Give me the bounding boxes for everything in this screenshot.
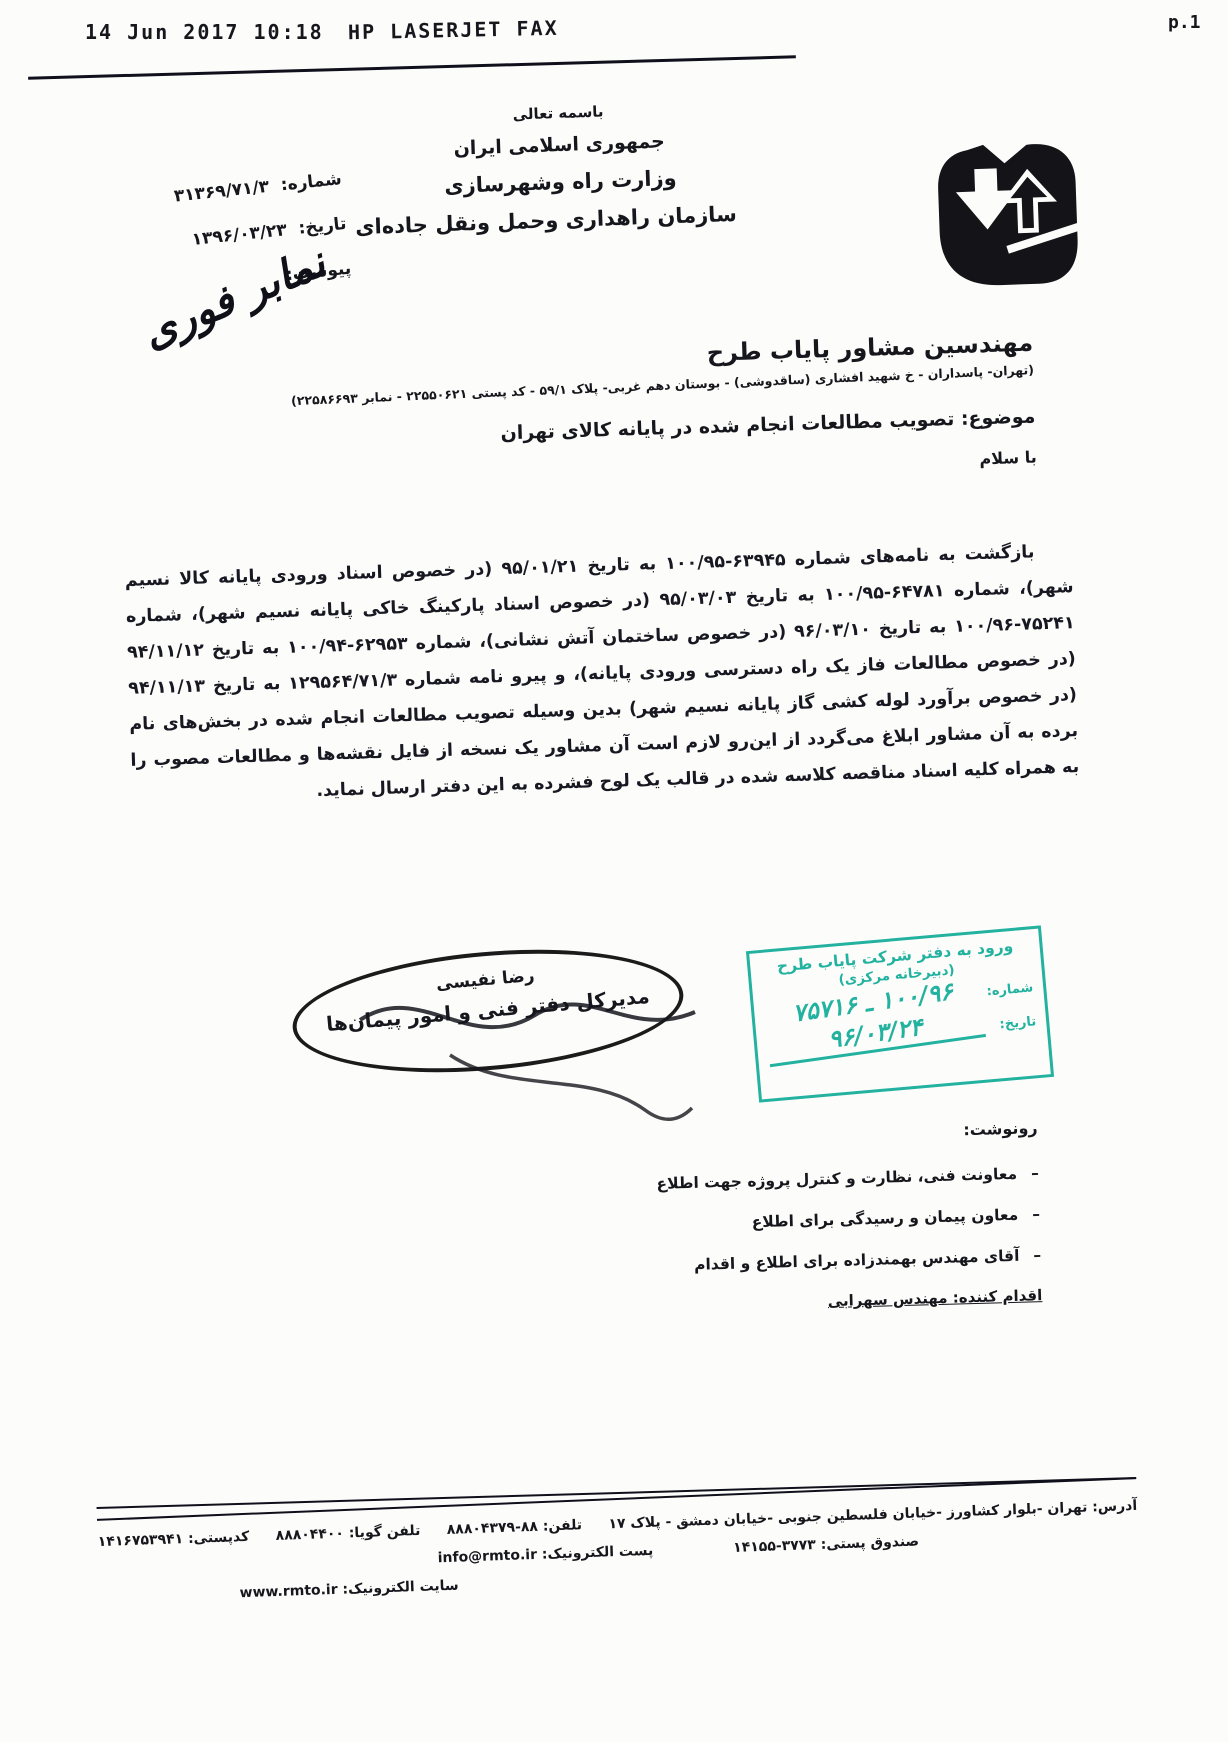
entry-stamp-number-label: شماره: (981, 980, 1034, 999)
letter-number-value: ۳۱۳۶۹/۷۱/۳ (173, 177, 270, 207)
dash-marker (1031, 1153, 1040, 1194)
subject-line: موضوع: تصویب مطالعات انجام شده در پایانه… (180, 406, 1035, 455)
fax-header-rule (28, 55, 796, 79)
dash-marker (1032, 1194, 1041, 1235)
footer-po-box: صندوق پستی: ۳۷۷۳-۱۴۱۵۵ (733, 1533, 919, 1555)
cc-header: رونوشت: (478, 1118, 1038, 1153)
rmto-logo-icon (919, 133, 1097, 303)
letterhead-ministry: وزارت راه وشهرسازی (385, 164, 736, 200)
letter-body-paragraph: بازگشت به نامه‌های شماره ۶۳۹۴۵-۱۰۰/۹۵ به… (124, 533, 1079, 815)
cc-section: رونوشت: معاونت فنی، نظارت و کنترل پروژه … (478, 1118, 1043, 1320)
action-by-line: اقدام کننده: مهندس سهرابی (482, 1286, 1042, 1320)
footer-email: پست الکترونیک: info@rmto.ir (437, 1543, 653, 1567)
letter-date-label: تاریخ: (298, 214, 348, 239)
fax-timestamp: 14 Jun 2017 10:18 (85, 20, 324, 44)
fax-document-page: 14 Jun 2017 10:18 HP LASERJET FAX p.1 با… (0, 0, 1228, 1742)
letter-number-label: شماره: (280, 169, 343, 195)
dash-marker (1033, 1235, 1042, 1276)
recipient-block: مهندسین مشاور پایاب طرح (تهران- پاسداران… (178, 329, 1037, 494)
cc-item-text: آقای مهندس بهمندزاده برای اطلاع و اقدام (694, 1236, 1020, 1286)
entry-registration-stamp: ورود به دفتر شرکت پایاب طرح (دبیرخانه مر… (746, 925, 1054, 1102)
signature-oval-stamp: رضا نفیسی مدیرکل دفتر فنی و امور پیمان‌ه… (288, 935, 689, 1087)
letter-footer: آدرس: تهران -بلوار کشاورز -خیابان فلسطین… (97, 1474, 1140, 1606)
letterhead: باسمه تعالی جمهوری اسلامی ایران وزارت را… (383, 98, 737, 238)
fax-page-number: p.1 (1168, 12, 1201, 33)
footer-postal-code: کدپستی: ۱۴۱۶۷۵۳۹۴۱ (98, 1529, 250, 1550)
entry-stamp-date-label: تاریخ: (984, 1014, 1037, 1033)
letterhead-invocation: باسمه تعالی (383, 98, 733, 128)
footer-website: سایت الکترونیک: www.rmto.ir (239, 1578, 459, 1602)
letter-date-value: ۱۳۹۶/۰۳/۲۳ (191, 220, 288, 250)
footer-address: آدرس: تهران -بلوار کشاورز -خیابان فلسطین… (608, 1498, 1137, 1532)
footer-tel: تلفن: ۸۸-۸۸۸۰۴۳۷۹ (446, 1517, 582, 1538)
salutation: با سلام (182, 448, 1037, 494)
letterhead-country: جمهوری اسلامی ایران (384, 128, 735, 162)
footer-voice-tel: تلفن گویا: ۸۸۸۰۴۴۰۰ (275, 1523, 420, 1544)
fax-device-name: HP LASERJET FAX (348, 16, 559, 44)
letterhead-organization: سازمان راهداری وحمل ونقل جاده‌ای (387, 202, 738, 238)
